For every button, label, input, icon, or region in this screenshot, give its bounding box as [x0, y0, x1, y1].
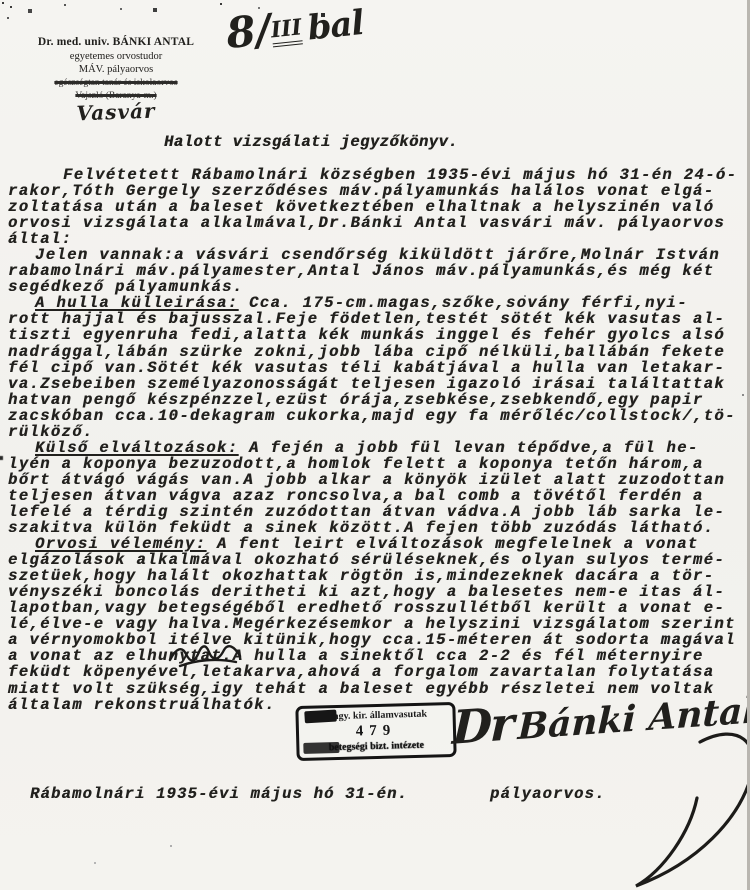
body-line: rakor,Tóth Gergely szerződéses máv.pálya… — [8, 183, 748, 199]
body-line: Külső elváltozások: A fején a jobb fül l… — [8, 440, 748, 456]
signature-prefix: Dr — [451, 696, 513, 754]
stamp-line-1-text: Magy. kir. államvasutak — [324, 709, 427, 723]
file-number-digit: 8/ — [224, 5, 273, 58]
body-line: hatvan pengő készpénzzel,ezüst órája,zse… — [8, 392, 748, 408]
railway-insurance-stamp: Magy. kir. államvasutak 479 betegségi bi… — [295, 702, 456, 761]
body-line: lapotban,vagy betegségéből eredhető ross… — [8, 600, 748, 616]
letterhead-handwritten-place: Vasvár — [14, 102, 218, 123]
letterhead-degree: egyetemes orvostudor — [14, 50, 218, 64]
body-line: lé,élve-e vagy halva.Megérkezésemkor a h… — [8, 616, 748, 632]
body-line: rülköző. — [8, 424, 748, 440]
body-line: fél cipő van.Sötét kék vasutas téli kabá… — [8, 360, 748, 376]
letterhead-stamp: Dr. med. univ. BÁNKI ANTAL egyetemes orv… — [14, 36, 218, 119]
body-line: szakitva külön feküdt a sinek között.A f… — [8, 520, 748, 536]
body-line: Orvosi vélemény: A fent leirt elváltozás… — [8, 536, 748, 552]
body-line: feküdt köpenyével,letakarva,ahová a forg… — [8, 664, 748, 680]
body-line: va.Zsebeiben személyazonosságát teljesen… — [8, 376, 748, 392]
document-title: Halott vizsgálati jegyzőkönyv. — [164, 134, 458, 150]
body-line: bőrt átvágó vágás van.A jobb alkar a kön… — [8, 472, 748, 488]
body-line: Jelen vannak:a vásvári csendőrség kiküld… — [8, 247, 748, 263]
body-line: lyén a koponya bezuzodott,a homlok felet… — [8, 456, 748, 472]
body-line: elgázolások alkalmával okozható sérülése… — [8, 552, 748, 568]
body-line: tiszti egyenruha fedi,alatta kék munkás … — [8, 327, 748, 343]
body-line: teljesen átvan vágva azaz roncsolva,a ba… — [8, 488, 748, 504]
body-line: által: — [8, 231, 748, 247]
letterhead-name: Dr. med. univ. BÁNKI ANTAL — [14, 36, 218, 50]
footer-date: Rábamolnári 1935-évi május hó 31-én. — [30, 786, 408, 802]
stamp-line-3-text: betegségi bizt. intézete — [329, 740, 425, 753]
body-line: nadrággal,lábán szürke zokni,jobb lába c… — [8, 344, 748, 360]
ink-blot-2 — [303, 742, 339, 754]
body-line: a vérnyomokbol itélve kitünik,hogy cca.1… — [8, 632, 748, 648]
body-line: zacskóban cca.10-dekagram cukorka,majd e… — [8, 408, 748, 424]
letterhead-role: MÁV. pályaorvos — [14, 63, 218, 77]
body-line: szetüek,hogy halált okozhattak rögtön is… — [8, 568, 748, 584]
body-line: segédkező pályamunkás. — [8, 279, 748, 295]
ink-blot — [304, 709, 337, 723]
file-number-roman: III — [270, 14, 304, 47]
body-line: orvosi vizsgálata alkalmával,Dr.Bánki An… — [8, 215, 748, 231]
body-line: a vonat az elhunytat.A hulla a sinektől … — [8, 648, 748, 664]
handwritten-insertion-scribble — [166, 638, 244, 670]
body-line: vényszéki boncolás deritheti ki azt,hogy… — [8, 584, 748, 600]
body-line: rott hajjal és bajusszal.Feje födetlen,t… — [8, 311, 748, 327]
document-page: 8/IIIbal Dr. med. univ. BÁNKI ANTAL egye… — [0, 0, 750, 890]
document-body: Felvétetett Rábamolnári községben 1935-é… — [8, 167, 748, 713]
scan-noise-specks — [2, 2, 4, 4]
footer-role: pályaorvos. — [490, 786, 606, 802]
handwritten-file-number: 8/IIIbal — [224, 0, 366, 58]
body-line: Felvétetett Rábamolnári községben 1935-é… — [8, 167, 748, 183]
file-number-word: bal — [306, 3, 366, 49]
body-line: rabamolnári máv.pályamester,Antal János … — [8, 263, 748, 279]
letterhead-struck-line-1: egészségtan tanár és iskolaorvos — [14, 77, 218, 91]
body-line: A hulla külleirása: Cca. 175-cm.magas,sz… — [8, 295, 748, 311]
body-line: zoltatása után a baleset következtében e… — [8, 199, 748, 215]
body-line: lefelé a térdig szintén zuzódottan átvan… — [8, 504, 748, 520]
